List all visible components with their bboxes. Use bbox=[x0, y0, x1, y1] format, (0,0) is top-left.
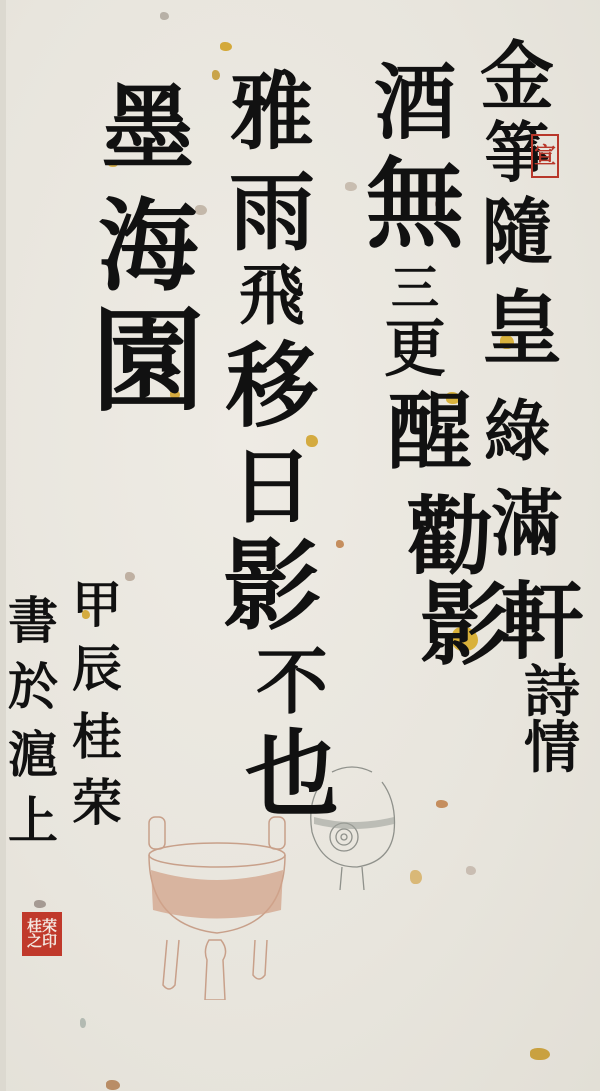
calligraphy-char: 雅 bbox=[230, 70, 314, 154]
calligraphy-char: 日 bbox=[231, 446, 313, 528]
gold-fleck bbox=[220, 42, 232, 51]
artist-seal: 桂荣之印 bbox=[22, 912, 62, 956]
gray-fleck bbox=[466, 866, 476, 875]
gold-fleck bbox=[436, 800, 448, 808]
signature-char: 書 bbox=[8, 596, 58, 646]
calligraphy-char: 詩 bbox=[524, 664, 580, 720]
calligraphy-char: 墨 bbox=[102, 82, 194, 174]
signature-char: 滬 bbox=[8, 730, 58, 780]
gold-fleck bbox=[530, 1048, 550, 1060]
signature-char: 於 bbox=[8, 662, 58, 712]
signature-column-2: 書 於 滬 上 bbox=[8, 596, 58, 846]
signature-char: 荣 bbox=[72, 778, 122, 828]
calligraphy-char: 酒 bbox=[374, 62, 456, 144]
calligraphy-char: 飛 bbox=[239, 262, 305, 328]
ding-cauldron-illustration bbox=[145, 815, 295, 1000]
top-right-seal: 宣 bbox=[531, 134, 559, 178]
calligraphy-char: 海 bbox=[98, 196, 198, 296]
calligraphy-char: 不 bbox=[256, 646, 328, 718]
calligraphy-char: 影 bbox=[223, 538, 321, 636]
calligraphy-char: 勸 bbox=[407, 494, 493, 580]
calligraphy-char: 更 bbox=[384, 318, 446, 380]
text-column-4: 墨 海 園 bbox=[92, 82, 204, 418]
calligraphy-char: 影 bbox=[420, 580, 510, 670]
calligraphy-char: 無 bbox=[366, 156, 464, 254]
calligraphy-paper: 金 箏 隨 皇 綠 滿 軒 詩 情 酒 無 三 更 醒 勸 影 雅 雨 飛 移 … bbox=[0, 0, 600, 1091]
signature-column-1: 甲 辰 桂 荣 bbox=[72, 580, 122, 828]
calligraphy-char: 醒 bbox=[388, 390, 472, 474]
calligraphy-char: 雨 bbox=[229, 170, 315, 256]
calligraphy-char: 情 bbox=[524, 720, 580, 776]
gold-fleck bbox=[410, 870, 422, 884]
signature-char: 桂 bbox=[72, 712, 122, 762]
calligraphy-char: 軒 bbox=[500, 580, 584, 664]
paper-edge bbox=[0, 0, 6, 1091]
calligraphy-char: 移 bbox=[226, 340, 318, 432]
calligraphy-char: 三 bbox=[391, 264, 439, 312]
calligraphy-char: 也 bbox=[245, 728, 339, 822]
gray-fleck bbox=[80, 1018, 86, 1028]
signature-char: 甲 bbox=[72, 580, 122, 630]
signature-char: 上 bbox=[8, 796, 58, 846]
text-column-2: 酒 無 三 更 醒 勸 影 bbox=[320, 62, 510, 670]
gray-fleck bbox=[160, 12, 169, 20]
calligraphy-char: 園 bbox=[92, 306, 204, 418]
gray-fleck bbox=[34, 900, 46, 908]
text-column-3: 雅 雨 飛 移 日 影 不 也 bbox=[205, 70, 339, 822]
signature-char: 辰 bbox=[72, 644, 122, 694]
gray-fleck bbox=[125, 572, 135, 581]
gold-fleck bbox=[106, 1080, 120, 1090]
